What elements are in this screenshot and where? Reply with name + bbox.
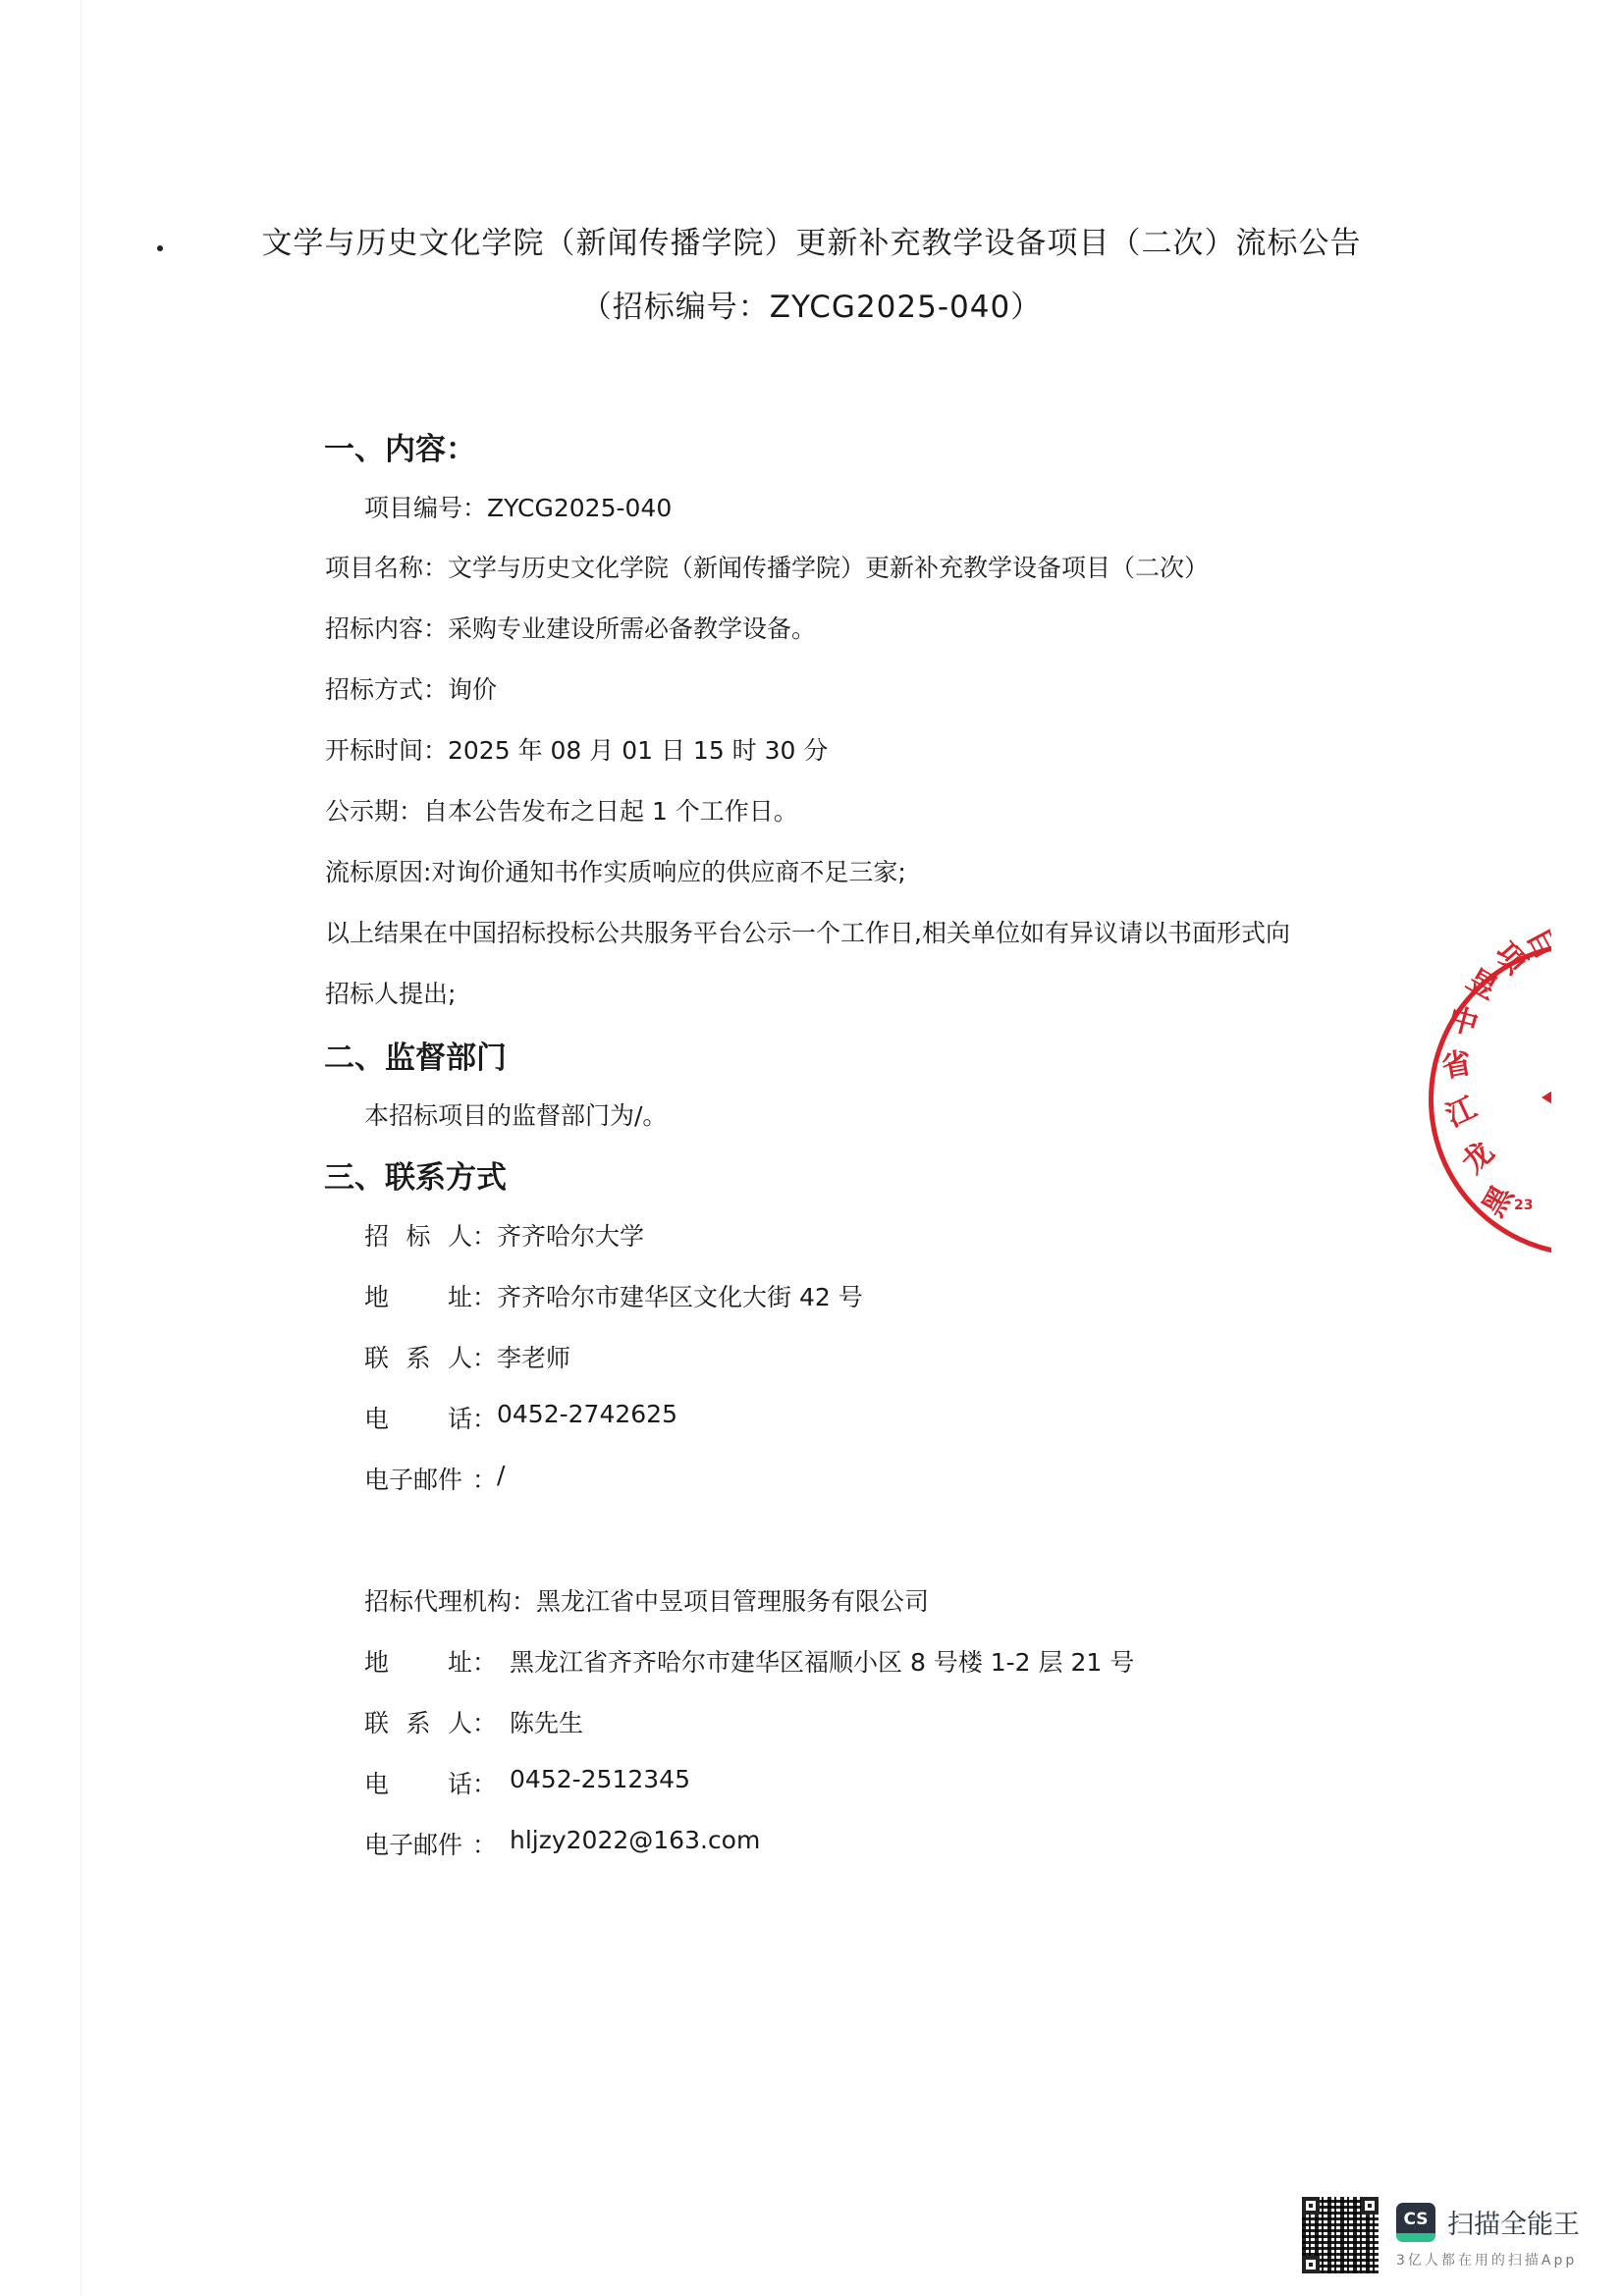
scanner-watermark: CS 扫描全能王 3亿人都在用的扫描App — [1302, 2189, 1616, 2277]
watermark-app-name: 扫描全能王 — [1447, 2203, 1580, 2241]
bid-open-time: 开标时间：2025 年 08 月 01 日 15 时 30 分 — [325, 731, 828, 767]
stamp-star-icon — [1542, 1088, 1551, 1107]
tenderer-address-row: 地 址 ： 齐齐哈尔市建华区文化大街 42 号 — [364, 1278, 863, 1313]
agency-address-row: 地 址 ： 黑龙江省齐齐哈尔市建华区福顺小区 8 号楼 1-2 层 21 号 — [364, 1643, 1134, 1679]
agency-address-value: 黑龙江省齐齐哈尔市建华区福顺小区 8 号楼 1-2 层 21 号 — [510, 1643, 1134, 1679]
watermark-tagline: 3亿人都在用的扫描App — [1396, 2250, 1577, 2269]
document-subtitle: （招标编号：ZYCG2025-040） — [0, 282, 1623, 326]
tenderer-contact-value: 李老师 — [497, 1339, 570, 1374]
failure-reason: 流标原因:对询价通知书作实质响应的供应商不足三家; — [325, 853, 906, 888]
document-title: 文学与历史文化学院（新闻传播学院）更新补充教学设备项目（二次）流标公告 — [0, 218, 1623, 262]
official-stamp: 黑 龙 江 省 中 昱 项 目 23 — [1404, 923, 1551, 1256]
bid-content: 招标内容：采购专业建设所需必备教学设备。 — [325, 610, 816, 645]
tenderer-contact-label: 联 系 人 — [364, 1339, 472, 1374]
project-number: 项目编号：ZYCG2025-040 — [364, 489, 672, 524]
agency-email-row: 电子邮件 ： hljzy2022@163.com — [364, 1826, 760, 1861]
tenderer-address-label: 地 址 — [364, 1278, 472, 1313]
supervision-text: 本招标项目的监督部门为/。 — [364, 1096, 667, 1132]
notice-period: 公示期：自本公告发布之日起 1 个工作日。 — [325, 792, 798, 828]
agency-contact-value: 陈先生 — [510, 1704, 583, 1739]
tenderer-contact-row: 联 系 人 ： 李老师 — [364, 1339, 570, 1374]
agency-contact-label: 联 系 人 — [364, 1704, 472, 1739]
tenderer-phone-row: 电 话 ： 0452-2742625 — [364, 1400, 677, 1435]
document-page: 文学与历史文化学院（新闻传播学院）更新补充教学设备项目（二次）流标公告 （招标编… — [0, 0, 1623, 2296]
tenderer-email-label: 电子邮件 — [364, 1461, 472, 1496]
project-name: 项目名称：文学与历史文化学院（新闻传播学院）更新补充教学设备项目（二次） — [325, 549, 1209, 584]
agency-email-value: hljzy2022@163.com — [510, 1826, 760, 1861]
agency-phone-value: 0452-2512345 — [510, 1765, 690, 1800]
section-heading-supervision: 二、监督部门 — [324, 1033, 507, 1077]
objection-statement-line1: 以上结果在中国招标投标公共服务平台公示一个工作日,相关单位如有异议请以书面形式向 — [325, 914, 1290, 949]
agency-contact-row: 联 系 人 ： 陈先生 — [364, 1704, 583, 1739]
qr-code-icon[interactable] — [1302, 2197, 1379, 2273]
section-heading-contact: 三、联系方式 — [324, 1152, 507, 1197]
tenderer-row: 招 标 人 ： 齐齐哈尔大学 — [364, 1217, 644, 1253]
agency-label: 招标代理机构 — [364, 1582, 512, 1618]
scan-edge-line — [81, 0, 81, 2296]
agency-value: 黑龙江省中昱项目管理服务有限公司 — [536, 1582, 929, 1618]
tenderer-email-value: / — [497, 1461, 505, 1496]
camscanner-logo-icon: CS — [1396, 2203, 1435, 2242]
agency-row: 招标代理机构 ： 黑龙江省中昱项目管理服务有限公司 — [364, 1582, 929, 1618]
tenderer-address-value: 齐齐哈尔市建华区文化大街 42 号 — [497, 1278, 863, 1313]
objection-statement-line2: 招标人提出; — [325, 975, 456, 1010]
tenderer-phone-value: 0452-2742625 — [497, 1400, 677, 1435]
tenderer-phone-label: 电 话 — [364, 1400, 472, 1435]
agency-email-label: 电子邮件 — [364, 1826, 472, 1861]
tenderer-email-row: 电子邮件 ： / — [364, 1461, 505, 1496]
tenderer-label: 招 标 人 — [364, 1217, 472, 1253]
agency-phone-row: 电 话 ： 0452-2512345 — [364, 1765, 690, 1800]
agency-address-label: 地 址 — [364, 1643, 472, 1679]
bid-method: 招标方式：询价 — [325, 670, 497, 706]
tenderer-value: 齐齐哈尔大学 — [497, 1217, 644, 1253]
agency-phone-label: 电 话 — [364, 1765, 472, 1800]
section-heading-content: 一、内容： — [324, 424, 476, 468]
